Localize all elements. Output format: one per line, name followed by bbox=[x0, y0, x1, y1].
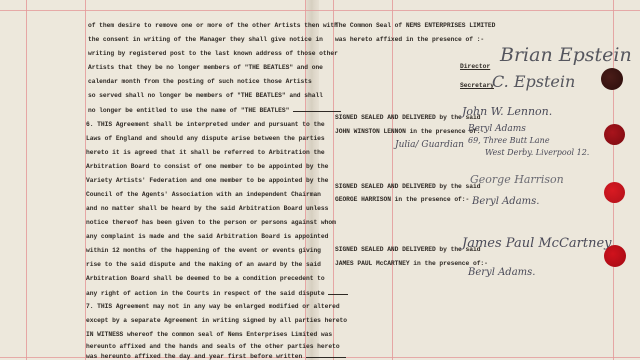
director-signature: Brian Epstein bbox=[500, 44, 632, 66]
text-line: within 12 months of the happening of the… bbox=[86, 247, 321, 254]
signed-sealed-line: SIGNED SEALED AND DELIVERED by the said bbox=[335, 246, 480, 253]
affixed-line: was hereto affixed in the presence of :- bbox=[335, 36, 484, 43]
text-line: any right of action in the Courts in res… bbox=[86, 289, 348, 297]
text-line: Artists that they be no longer members o… bbox=[88, 64, 323, 71]
signatory-name-line: GEORGE HARRISON in the presence of:- bbox=[335, 196, 469, 203]
witness-address: 69, Three Butt Lane bbox=[468, 136, 550, 145]
director-label: Director bbox=[460, 63, 490, 70]
signed-sealed-line: SIGNED SEALED AND DELIVERED by the said bbox=[335, 114, 480, 121]
margin-rule bbox=[26, 0, 27, 360]
text-line: of them desire to remove one or more of … bbox=[88, 22, 338, 29]
signatory-name-line: JAMES PAUL McCARTNEY in the presence of:… bbox=[335, 260, 488, 267]
secretary-label: Secretary bbox=[460, 82, 494, 89]
common-seal-line: The Common Seal of NEMS ENTERPRISES LIMI… bbox=[335, 22, 495, 29]
text-line: no longer be entitled to use the name of… bbox=[88, 106, 341, 114]
dark-wax-seal bbox=[601, 68, 623, 90]
witness-signature: Beryl Adams. bbox=[468, 267, 535, 278]
text-line: notice thereof has been given to the per… bbox=[86, 219, 336, 226]
lennon-signature: John W. Lennon. bbox=[462, 105, 552, 118]
fill-rule bbox=[293, 106, 341, 112]
text-line: Arbitration Board shall be deemed to be … bbox=[86, 275, 325, 282]
witness-address: West Derby. Liverpool 12. bbox=[485, 148, 589, 157]
text-line: calendar month from the posting of such … bbox=[88, 78, 312, 85]
guardian-signature: Julia/ Guardian bbox=[395, 140, 464, 150]
red-wax-seal bbox=[604, 245, 626, 267]
clause-7-line: 7. THIS Agreement may not in any way be … bbox=[86, 303, 340, 310]
secretary-signature: C. Epstein bbox=[492, 72, 575, 91]
red-wax-seal bbox=[604, 182, 625, 203]
witness-signature: Beryl Adams bbox=[468, 124, 526, 134]
text-line: Arbitration Board to consist of one memb… bbox=[86, 163, 328, 170]
text-line: so served shall no longer be members of … bbox=[88, 92, 323, 99]
red-wax-seal bbox=[604, 124, 625, 145]
text-line: Laws of England and should any dispute a… bbox=[86, 135, 325, 142]
text-line: and no matter shall be heard by the said… bbox=[86, 205, 328, 212]
text-line: any complaint is made and the said Arbit… bbox=[86, 233, 328, 240]
signed-sealed-line: SIGNED SEALED AND DELIVERED by the said bbox=[335, 183, 480, 190]
text-line-content: was hereunto affixed the day and year fi… bbox=[86, 353, 302, 360]
text-line: Council of the Agents' Association with … bbox=[86, 191, 321, 198]
text-line: Variety Artists' Federation and one memb… bbox=[86, 177, 328, 184]
text-line-content: any right of action in the Courts in res… bbox=[86, 290, 325, 297]
text-line: except by a separate Agreement in writin… bbox=[86, 317, 347, 324]
text-line: the consent in writing of the Manager th… bbox=[88, 36, 323, 43]
in-witness-line: IN WITNESS whereof the common seal of Ne… bbox=[86, 331, 332, 338]
text-line: hereto it is agreed that it shall be ref… bbox=[86, 149, 325, 156]
text-line: writing by registered post to the last k… bbox=[88, 50, 338, 57]
signatory-name-line: JOHN WINSTON LENNON in the presence of:- bbox=[335, 128, 484, 135]
top-rule bbox=[0, 10, 640, 11]
fill-rule bbox=[306, 352, 346, 358]
text-line: rise to the said dispute and the making … bbox=[86, 261, 321, 268]
clause-6-line: 6. THIS Agreement shall be interpreted u… bbox=[86, 121, 325, 128]
margin-rule bbox=[392, 0, 393, 360]
text-line: was hereunto affixed the day and year fi… bbox=[86, 352, 346, 360]
text-line-content: no longer be entitled to use the name of… bbox=[88, 107, 289, 114]
witness-signature: Beryl Adams. bbox=[472, 196, 539, 207]
harrison-signature: George Harrison bbox=[470, 173, 564, 186]
fill-rule bbox=[328, 289, 348, 295]
text-line: hereunto affixed and the hands and seals… bbox=[86, 343, 340, 350]
mccartney-signature: James Paul McCartney. bbox=[462, 236, 614, 251]
